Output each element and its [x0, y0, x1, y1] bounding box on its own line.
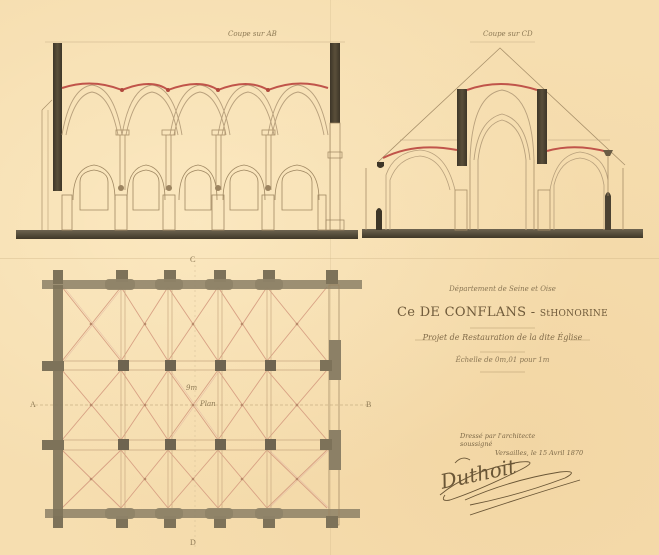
wall-right [330, 43, 340, 123]
transverse-section-drawing [362, 42, 643, 238]
axis-label-c: C [190, 255, 195, 264]
wall-left [53, 43, 62, 191]
approval-line-1: Dressé par l'architecte [460, 432, 535, 440]
axis-label-a: A [30, 400, 36, 409]
drawing-sheet: Coupe sur AB Coupe sur CD Plan 9m A B C … [0, 0, 659, 555]
plan-dimension-mark: 9m [186, 384, 197, 392]
scale-line: Échelle de 0m,01 pour 1m [385, 356, 620, 364]
longitudinal-section-drawing [0, 0, 659, 555]
department-line: Département de Seine et Oise [385, 285, 620, 293]
axis-label-d: D [190, 538, 196, 547]
commune-saint: St [540, 309, 550, 319]
commune-name: DE CONFLANS - [420, 305, 540, 320]
approval-line-2: soussigné [460, 440, 492, 448]
longitudinal-section-label: Coupe sur AB [228, 30, 277, 38]
axis-label-b: B [366, 400, 371, 409]
ground-slab [16, 230, 358, 239]
commune-title: Ce DE CONFLANS - StHONORINE [385, 305, 620, 320]
commune-suffix: HONORINE [550, 309, 608, 319]
plan-label: Plan [200, 400, 216, 408]
transverse-section-label: Coupe sur CD [483, 30, 533, 38]
commune-prefix: Ce [397, 305, 415, 320]
project-line: Projet de Restauration de la dite Église [385, 333, 620, 342]
